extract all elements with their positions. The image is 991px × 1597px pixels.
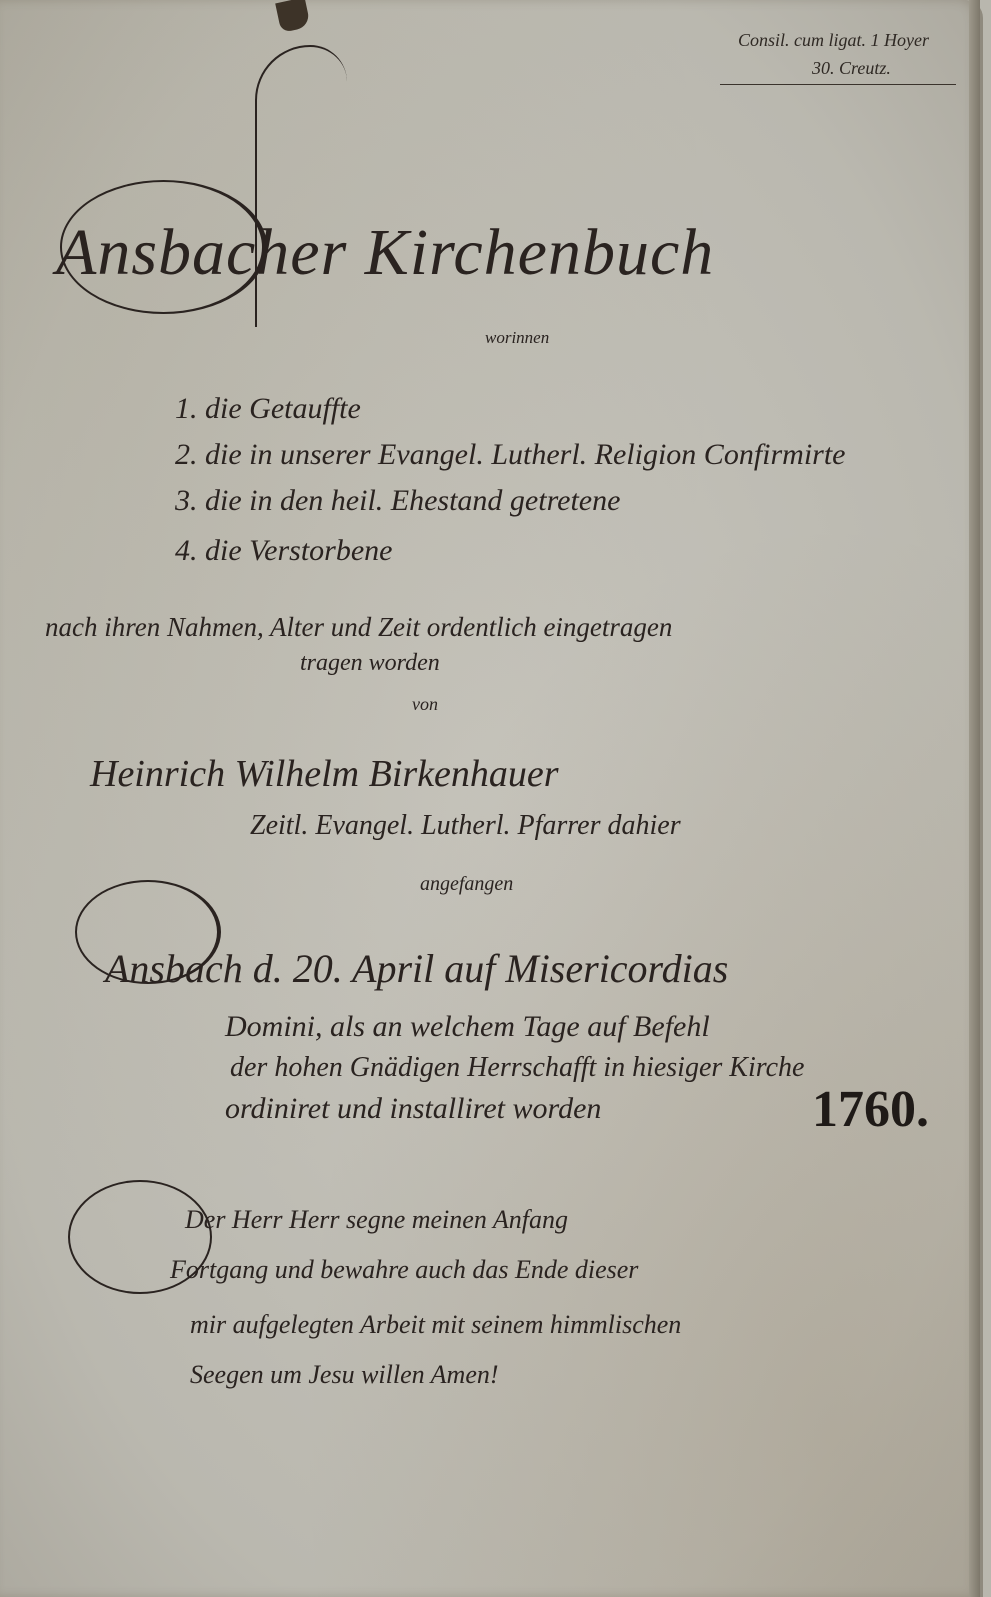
item-number: 2. [175, 438, 198, 471]
item-text: die in den heil. Ehestand getretene [205, 484, 620, 517]
list-item: 2. die in unserer Evangel. Lutherl. Reli… [175, 438, 846, 472]
body-line-angefangen: angefangen [420, 873, 513, 896]
item-number: 1. [175, 392, 198, 425]
item-number: 4. [175, 534, 198, 567]
body-line-herrschaft: der hohen Gnädigen Herrschafft in hiesig… [230, 1052, 804, 1084]
item-text: die in unserer Evangel. Lutherl. Religio… [205, 438, 846, 471]
page-title: Ansbacher Kirchenbuch [56, 215, 714, 291]
prayer-line3: mir aufgelegten Arbeit mit seinem himmli… [190, 1310, 681, 1340]
subtitle: worinnen [485, 328, 549, 348]
item-text: die Getauffte [205, 392, 361, 425]
list-item: 4. die Verstorbene [175, 534, 392, 568]
prayer-line1: Der Herr Herr segne meinen Anfang [185, 1205, 568, 1235]
item-text: die Verstorbene [205, 534, 392, 567]
author-title: Zeitl. Evangel. Lutherl. Pfarrer dahier [250, 810, 681, 842]
prayer-line2: Fortgang und bewahre auch das Ende diese… [170, 1255, 638, 1285]
margin-note-line2: 30. Creutz. [812, 58, 891, 79]
binding-tab [275, 0, 311, 33]
list-item: 1. die Getauffte [175, 392, 361, 426]
body-line-ordiniret: ordiniret und installiret worden [225, 1092, 601, 1126]
margin-note-underline [720, 84, 956, 85]
margin-note-line1: Consil. cum ligat. 1 Hoyer [738, 30, 929, 51]
list-item: 3. die in den heil. Ehestand getretene [175, 484, 620, 518]
prayer-line4: Seegen um Jesu willen Amen! [190, 1360, 499, 1390]
body-line-domini: Domini, als an welchem Tage auf Befehl [225, 1010, 710, 1044]
body-line-names: nach ihren Nahmen, Alter und Zeit ordent… [45, 612, 672, 643]
body-line-von: von [412, 694, 438, 715]
author-name: Heinrich Wilhelm Birkenhauer [90, 752, 559, 796]
manuscript-page: Consil. cum ligat. 1 Hoyer 30. Creutz. A… [0, 0, 983, 1597]
year: 1760. [812, 1080, 929, 1139]
body-line-worden: tragen worden [300, 650, 440, 677]
page-edge [969, 0, 980, 1597]
body-line-date: Ansbach d. 20. April auf Misericordias [105, 945, 728, 992]
item-number: 3. [175, 484, 198, 517]
